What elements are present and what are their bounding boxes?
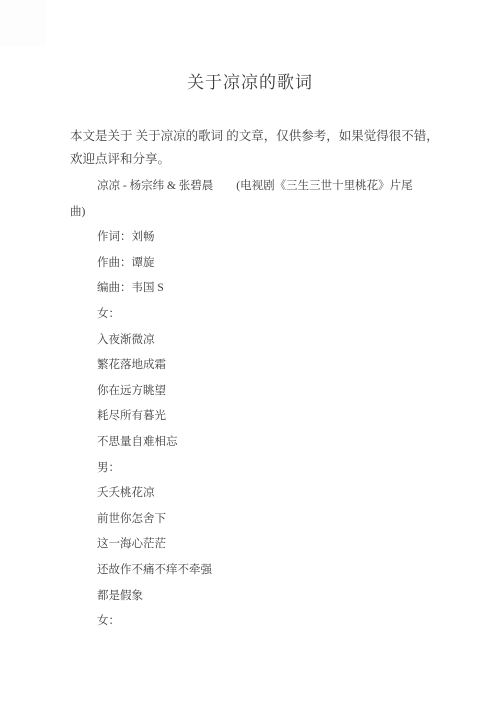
lyric-line: 你在远方眺望 (70, 379, 452, 405)
lyric-line: 作词：刘畅 (70, 225, 452, 251)
lyric-line: 还故作不痛不痒不牵强 (70, 558, 452, 584)
page-corner-artifact (0, 0, 46, 46)
intro-paragraph: 本文是关于 关于凉凉的歌词 的文章，仅供参考，如果觉得很不错，欢迎点评和分享。 (70, 125, 448, 170)
lyric-line: 入夜渐微凉 (70, 328, 452, 354)
lyric-line: 女： (70, 609, 452, 635)
lyric-line: 编曲：韦国 S (70, 276, 452, 302)
song-credit-line-1: 凉凉 - 杨宗纬 & 张碧晨 (电视剧《三生三世十里桃花》片尾 (70, 174, 452, 200)
lyric-line: 繁花落地成霜 (70, 353, 452, 379)
lyrics-block: 凉凉 - 杨宗纬 & 张碧晨 (电视剧《三生三世十里桃花》片尾 曲) 作词：刘畅… (70, 174, 452, 635)
lyric-line: 不思量自难相忘 (70, 430, 452, 456)
document-page: 关于凉凉的歌词 本文是关于 关于凉凉的歌词 的文章，仅供参考，如果觉得很不错，欢… (0, 0, 500, 708)
lyric-line: 都是假象 (70, 584, 452, 610)
lyric-line: 夭夭桃花凉 (70, 481, 452, 507)
lyric-line: 这一海心茫茫 (70, 532, 452, 558)
lyric-line: 前世你怎舍下 (70, 507, 452, 533)
song-credit-line-2: 曲) (70, 200, 452, 226)
page-title: 关于凉凉的歌词 (0, 71, 500, 95)
lyric-line: 耗尽所有暮光 (70, 404, 452, 430)
lyric-line: 男： (70, 456, 452, 482)
lyric-line: 女： (70, 302, 452, 328)
lyric-line: 作曲：谭旋 (70, 251, 452, 277)
